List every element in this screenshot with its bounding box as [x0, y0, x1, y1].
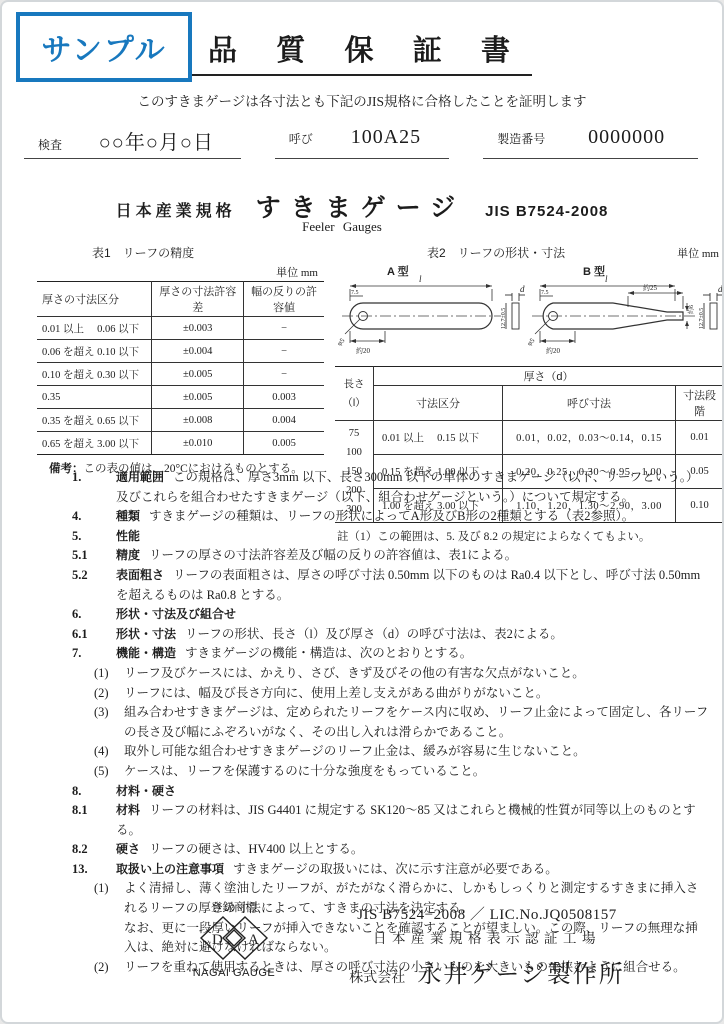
field-value: 100A25	[323, 126, 450, 149]
clause-title: 材料・硬さ	[116, 784, 176, 798]
table1: 厚さの寸法区分 厚さの寸法許容差 幅の反りの許容値 0.01 以上 0.06 以…	[37, 281, 324, 455]
type-b-label: B 型	[583, 264, 605, 278]
clause-number: (1)	[94, 664, 122, 684]
cell-warp: −	[244, 317, 324, 340]
type-b-drawing: B 型 l 約25	[525, 263, 723, 363]
clause-title: 表面粗さ	[116, 568, 164, 582]
cell-range: 0.01 以上 0.06 以下	[37, 317, 152, 340]
dim-hole-label: φ5	[335, 336, 346, 347]
cell-range: 0.65 を超え 3.00 以下	[37, 432, 152, 455]
clause-number: 5.1	[72, 546, 114, 566]
certified-factory: 日本産業規格表示認証工場	[312, 927, 662, 947]
cell-range: 0.35 を超え 0.65 以下	[37, 409, 152, 432]
clause-title: 材料	[116, 803, 140, 817]
clause: 7.機能・構造すきまゲージの機能・構造は、次のとおりとする。	[60, 644, 710, 664]
table1-caption: 表1 リーフの精度	[92, 244, 324, 261]
clause-text: リーフの表面粗さは、厚さの呼び寸法 0.50mm 以下のものは Ra0.4 以下…	[116, 568, 700, 602]
clause-number: 7.	[72, 644, 114, 664]
cell-warp: 0.005	[244, 432, 324, 455]
product-name-english: Feeler Gauges	[2, 219, 682, 235]
thickness-header: 厚さ（d）	[374, 367, 724, 386]
certification-block: JIS B7524−2008 ／ LIC.No.JQ0508157 日本産業規格…	[312, 899, 662, 989]
clause-title: 種類	[116, 509, 140, 523]
standard-code: JIS B7524-2008	[485, 203, 608, 220]
cell-range: 0.35	[37, 386, 152, 409]
clause-number: 8.1	[72, 801, 114, 821]
trademark-block: 登録商標 D A NAGAI GAUGE	[170, 899, 298, 989]
table1-block: 表1 リーフの精度 単位 mm 厚さの寸法区分 厚さの寸法許容差 幅の反りの許容…	[37, 244, 324, 476]
cell-tolerance: ±0.005	[152, 386, 244, 409]
table2-header-row1: 長さ （l） 厚さ（d）	[335, 367, 723, 386]
jis-label: 日本産業規格	[116, 198, 236, 221]
type-a-label: A 型	[387, 264, 409, 278]
field-serial-number: 製造番号 0000000	[483, 126, 698, 159]
company-prefix: 株式会社	[349, 967, 405, 987]
clause-title: 取扱い上の注意事項	[116, 862, 224, 876]
logo-caption: NAGAI GAUGE	[170, 967, 298, 979]
dim-width-label: 12.7±0.5	[699, 308, 705, 329]
cell-tolerance: ±0.010	[152, 432, 244, 455]
table2-unit: 単位 mm	[677, 245, 719, 261]
table2-header-row2: 寸法区分 呼び寸法 寸法段階	[335, 386, 723, 421]
logo-letter-d: D	[212, 932, 223, 948]
trademark-label: 登録商標	[170, 899, 298, 915]
length-header-sub: （l）	[337, 394, 371, 413]
dim-thickness-label: d	[718, 284, 723, 294]
clause: 1.適用範囲この規格は、厚さ3mm 以下、長さ300mm 以下の単体のすきまゲー…	[60, 468, 710, 507]
dim-75-label: 7.5	[541, 290, 549, 296]
table1-header: 幅の反りの許容値	[244, 282, 324, 317]
cell-warp: −	[244, 363, 324, 386]
clause-text: すきまゲージの取扱いには、次に示す注意が必要である。	[233, 862, 558, 876]
clause-text: リーフには、幅及び長さ方向に、使用上差し支えがある曲がりがないこと。	[124, 686, 548, 700]
dim-length-label: l	[605, 274, 608, 284]
type-a-drawing: A 型 l 7.5 φ5 約20	[335, 263, 525, 363]
clause-number: 13.	[72, 860, 114, 880]
clause-text: ケースは、リーフを保護するのに十分な強度をもっていること。	[124, 764, 485, 778]
clause-title: 性能	[116, 529, 140, 543]
dimension-lines	[535, 286, 687, 343]
table1-unit: 単位 mm	[37, 264, 318, 280]
cell-tolerance: ±0.005	[152, 363, 244, 386]
arrowheads	[350, 284, 492, 343]
clause-text: 組み合わせすきまゲージは、定められたリーフをケース内に収め、リーフ止金によって固…	[124, 705, 708, 739]
clause-number: (2)	[94, 684, 122, 704]
certificate-statement: このすきまゲージは各寸法とも下記のJIS規格に合格したことを証明します	[2, 90, 722, 110]
clause-text: すきまゲージの種類は、リーフの形状によってA形及びB形の2種類とする（表2参照）…	[149, 509, 634, 523]
clause-number: 6.1	[72, 625, 114, 645]
table-row: 0.35 を超え 0.65 以下 ±0.008 0.004	[37, 409, 324, 432]
table-row: 0.10 を超え 0.30 以下 ±0.005 −	[37, 363, 324, 386]
clause-title: 精度	[116, 548, 140, 562]
sub-header: 呼び寸法	[503, 386, 676, 421]
table-row: 75 100 150 200 300 0.01 以上 0.15 以下 0.01，…	[335, 421, 723, 455]
length-header-text: 長さ	[337, 375, 371, 394]
table1-header: 厚さの寸法区分	[37, 282, 152, 317]
clause-number: 8.	[72, 782, 114, 802]
cell-range: 0.01 以上 0.15 以下	[374, 421, 503, 455]
table2-caption-row: 表2 リーフの形状・寸法 単位 mm	[335, 244, 723, 261]
cell-step: 0.01	[676, 421, 724, 455]
clause: 13.取扱い上の注意事項すきまゲージの取扱いには、次に示す注意が必要である。	[60, 860, 710, 880]
clause-number: (5)	[94, 762, 122, 782]
clause-subitem: (3)組み合わせすきまゲージは、定められたリーフをケース内に収め、リーフ止金によ…	[60, 703, 710, 742]
clause-number: 6.	[72, 605, 114, 625]
clause-text: リーフの材料は、JIS G4401 に規定する SK120～85 又はこれらと機…	[116, 803, 696, 837]
clause: 6.1形状・寸法リーフの形状、長さ（l）及び厚さ（d）の呼び寸法は、表2による。	[60, 625, 710, 645]
leaf-drawings: A 型 l 7.5 φ5 約20	[335, 263, 723, 363]
dim-hole-label: φ5	[525, 336, 536, 347]
table-row: 0.06 を超え 0.10 以下 ±0.004 −	[37, 340, 324, 363]
title-wrap: 品 質 保 証 書	[2, 28, 722, 76]
clause: 8.2硬さリーフの硬さは、HV400 以上とする。	[60, 840, 710, 860]
company-name: 永井ゲージ製作所	[417, 954, 625, 989]
length-value: 75	[337, 424, 371, 443]
cell-warp: 0.003	[244, 386, 324, 409]
field-label: 製造番号	[497, 130, 545, 147]
cell-warp: −	[244, 340, 324, 363]
dim-length-label: l	[419, 274, 422, 284]
clause-number: 4.	[72, 507, 114, 527]
dim-width-label: 12.7±0.5	[501, 308, 507, 329]
clause: 5.2表面粗さリーフの表面粗さは、厚さの呼び寸法 0.50mm 以下のものは R…	[60, 566, 710, 605]
clause: 4.種類すきまゲージの種類は、リーフの形状によってA形及びB形の2種類とする（表…	[60, 507, 710, 527]
clause-title: 形状・寸法	[116, 627, 176, 641]
clause-number: (2)	[94, 958, 122, 978]
table-row: 0.35 ±0.005 0.003	[37, 386, 324, 409]
clause-text: リーフ及びケースには、かえり、さび、きず及びその他の有害な欠点がないこと。	[124, 666, 585, 680]
dim-tail-label: 約20	[356, 346, 370, 355]
footer: 登録商標 D A NAGAI GAUGE JIS B7524−2008 ／ LI…	[170, 899, 662, 989]
clause: 5.性能	[60, 527, 710, 547]
cell-tolerance: ±0.003	[152, 317, 244, 340]
clause-title: 機能・構造	[116, 646, 176, 660]
cell-warp: 0.004	[244, 409, 324, 432]
table-row: 0.01 以上 0.06 以下 ±0.003 −	[37, 317, 324, 340]
dim-tail-label: 約20	[546, 346, 561, 355]
cell-nominal: 0.01，0.02，0.03～0.14，0.15	[503, 421, 676, 455]
license-number: JIS B7524−2008 ／ LIC.No.JQ0508157	[312, 903, 662, 924]
clause-text: リーフの形状、長さ（l）及び厚さ（d）の呼び寸法は、表2による。	[185, 627, 563, 641]
clause-subitem: (2)リーフには、幅及び長さ方向に、使用上差し支えがある曲がりがないこと。	[60, 684, 710, 704]
clause-number: 5.2	[72, 566, 114, 586]
clause-subitem: (4)取外し可能な組合わせすきまゲージのリーフ止金は、緩みが容易に生じないこと。	[60, 742, 710, 762]
field-value: 0000000	[555, 126, 698, 149]
length-value: 100	[337, 443, 371, 462]
length-header: 長さ （l）	[335, 367, 374, 421]
table1-header: 厚さの寸法許容差	[152, 282, 244, 317]
clause-subitem: (5)ケースは、リーフを保護するのに十分な強度をもっていること。	[60, 762, 710, 782]
document-page: サンプル 品 質 保 証 書 このすきまゲージは各寸法とも下記のJIS規格に合格…	[0, 0, 724, 1024]
clause-subitem: (1)リーフ及びケースには、かえり、さび、きず及びその他の有害な欠点がないこと。	[60, 664, 710, 684]
cell-tolerance: ±0.004	[152, 340, 244, 363]
side-view	[505, 293, 525, 329]
clause: 6.形状・寸法及び組合せ	[60, 605, 710, 625]
clause-number: 5.	[72, 527, 114, 547]
clause-number: 8.2	[72, 840, 114, 860]
clause-text: 取外し可能な組合わせすきまゲージのリーフ止金は、緩みが容易に生じないこと。	[124, 744, 586, 758]
clause-title: 適用範囲	[116, 470, 164, 484]
clause-number: (1)	[94, 879, 122, 899]
clause-number: (4)	[94, 742, 122, 762]
clause: 8.1材料リーフの材料は、JIS G4401 に規定する SK120～85 又は…	[60, 801, 710, 840]
cell-tolerance: ±0.008	[152, 409, 244, 432]
clause-text: リーフの硬さは、HV400 以上とする。	[149, 842, 363, 856]
clause: 5.1精度リーフの厚さの寸法許容差及び幅の反りの許容値は、表1による。	[60, 546, 710, 566]
clause-text: すきまゲージの機能・構造は、次のとおりとする。	[185, 646, 472, 660]
logo-letter-a: A	[248, 932, 259, 948]
field-label: 検査	[38, 136, 62, 153]
nagai-gauge-logo-icon: D A	[184, 915, 284, 961]
field-inspection-date: 検査 ○○年○月○日	[24, 126, 241, 159]
table1-header-row: 厚さの寸法区分 厚さの寸法許容差 幅の反りの許容値	[37, 282, 324, 317]
clause-number: 1.	[72, 468, 114, 488]
dim-75-label: 7.5	[351, 290, 359, 296]
table2-caption: 表2 リーフの形状・寸法	[427, 244, 565, 261]
field-designation: 呼び 100A25	[275, 126, 450, 159]
table-row: 0.65 を超え 3.00 以下 ±0.010 0.005	[37, 432, 324, 455]
clause-text: この規格は、厚さ3mm 以下、長さ300mm 以下の単体のすきまゲージ（以下、リ…	[116, 470, 699, 504]
clause-title: 硬さ	[116, 842, 140, 856]
side-view	[703, 293, 723, 329]
sub-header: 寸法段階	[676, 386, 724, 421]
sub-header: 寸法区分	[374, 386, 503, 421]
field-label: 呼び	[289, 130, 313, 147]
dim-tip-w-label: 約6	[687, 305, 695, 314]
field-row: 検査 ○○年○月○日 呼び 100A25 製造番号 0000000	[24, 126, 698, 159]
cell-range: 0.10 を超え 0.30 以下	[37, 363, 152, 386]
company-line: 株式会社 永井ゲージ製作所	[312, 954, 662, 989]
field-value: ○○年○月○日	[72, 126, 241, 155]
clause-number: (3)	[94, 703, 122, 723]
cell-range: 0.06 を超え 0.10 以下	[37, 340, 152, 363]
clause: 8.材料・硬さ	[60, 782, 710, 802]
clause-title: 形状・寸法及び組合せ	[116, 607, 236, 621]
page-title: 品 質 保 証 書	[192, 28, 532, 76]
dim-tip-len-label: 約25	[643, 283, 658, 292]
clause-text: リーフの厚さの寸法許容差及び幅の反りの許容値は、表1による。	[149, 548, 517, 562]
